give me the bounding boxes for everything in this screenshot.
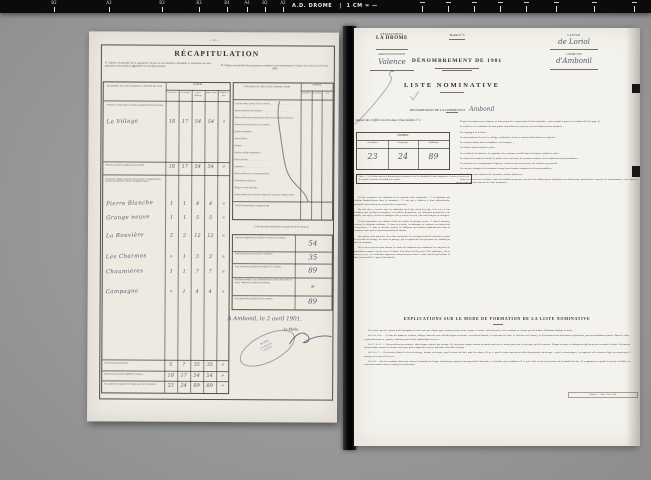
place-name: Les Charmes: [106, 253, 163, 261]
ruler-tick: [162, 7, 163, 12]
pencil-scrawl: [354, 68, 424, 128]
recap-row-label: Population agglomérée au chef-lieu ou bo…: [235, 237, 293, 240]
cell-value: 7: [204, 269, 217, 275]
rappel-value: 89: [418, 152, 449, 161]
place-name: Grange neuve: [106, 214, 163, 222]
ruler-tick: [109, 7, 110, 12]
instruction-paragraph: Les malades traités dans les hôpitaux et…: [456, 141, 637, 144]
cell-value: 35: [203, 362, 216, 368]
cell-value: 1: [165, 269, 178, 275]
cell-value: 1: [178, 201, 191, 207]
commune-name: d'Ambonil: [532, 57, 616, 65]
table-row: Le Village 18 17 54 54 »: [104, 118, 230, 131]
cell-value: 1: [178, 254, 191, 260]
archive-label: A.D. DROME | 1 CM = —: [292, 3, 378, 9]
recap-title: RÉCAPITULATION: [101, 48, 333, 58]
table-a-nombre: NOMBRE: [166, 84, 230, 87]
cell-value: 18: [166, 119, 179, 125]
left-page-recapitulation: — 4 — RÉCAPITULATION A. Tableau récapitu…: [87, 31, 339, 422]
ink-strike-curve: [233, 83, 333, 220]
film-tick: [500, 6, 501, 12]
cell-value: »: [165, 254, 178, 260]
cell-value: »: [165, 289, 178, 295]
ruler-tick-label: A2: [106, 0, 111, 5]
film-tick: [526, 6, 527, 12]
explication-paragraph: Col. 3, 4 et 5. — On procédera par maiso…: [364, 343, 630, 350]
table-row-total: Total général de la population comptée p…: [102, 382, 228, 393]
cell-value: 54: [203, 373, 216, 379]
table-row: Campagne » 1 4 4 »: [103, 288, 229, 301]
ruler-tick: [227, 7, 228, 12]
cell-value: 54: [191, 164, 204, 170]
right-page-liste-nominative: DÉPARTEMENT LA DROME ARRONDISSEMENT Vale…: [354, 28, 640, 446]
table-a-col: de maisons: [166, 92, 179, 101]
cell-value: 1: [178, 289, 191, 295]
intro-b: B. Tableau récapitulatif des populations…: [221, 64, 329, 71]
ruler-tick-label: B2: [51, 0, 56, 5]
instruction-paragraph: Les aliénés internés dans les asiles ;: [456, 146, 637, 149]
nota-box: Nota. — Les chiffres portés ci-dessus do…: [356, 174, 472, 184]
film-tick: [556, 6, 557, 12]
table-c-title: C. Récapitulation générale de la populat…: [232, 226, 331, 230]
scale-label: 1 CM = —: [346, 3, 377, 9]
table-a-rowhead: QUARTIERS, VILLAGES, HAMEAUX, SECTIONS D…: [105, 85, 165, 88]
cell-value: 54: [205, 119, 218, 125]
table-c-recap-generale: Population agglomérée au chef-lieu ou bo…: [232, 234, 333, 311]
place-name: Campagne: [106, 288, 163, 296]
cell-value: »: [218, 119, 231, 125]
instructions-right-column: D'après les règlements en vigueur, ne do…: [456, 120, 637, 186]
instructions-left-column: La liste nominative des habitants de la …: [354, 196, 450, 261]
ruler-tick: [265, 7, 266, 12]
total-label: Total de la population agglomérée au che…: [105, 164, 163, 167]
cell-value: »: [217, 289, 230, 295]
explications-title: EXPLICATIONS SUR LE MODE DE FORMATION DE…: [354, 316, 640, 321]
recap-row-value: 89: [295, 297, 331, 305]
cell-value: 1: [178, 215, 191, 221]
place-name: La Rouvière: [106, 232, 163, 240]
ruler-tick-label: B4: [224, 0, 229, 5]
instruction-paragraph: La liste nominative sera établie à l'aid…: [354, 220, 450, 233]
table-a-col: popul. municip.: [192, 92, 205, 101]
recap-row-label: Total général de la population de la com…: [235, 298, 293, 301]
cell-value: 17: [177, 373, 190, 379]
instruction-paragraph: On ne devra pas non plus inscrire les no…: [354, 246, 450, 259]
cell-value: »: [217, 269, 230, 275]
ruler-tick-label: A2: [280, 0, 285, 5]
model-number: Modèle n° 5: [377, 33, 537, 37]
instruction-paragraph: Les officiers et les militaires de tous …: [456, 125, 637, 128]
instruction-paragraph: Enfin les personnes en résidence dans de…: [456, 178, 637, 185]
cell-value: 1: [165, 215, 178, 221]
film-ruler-bar: B2 A2 B3 B3 B4 A4 B2 A2 A.D. DROME | 1 C…: [0, 0, 651, 13]
printer-credit: Valence. — Imp. Céas et Fils.: [568, 392, 638, 398]
ruler-tick-label: A4: [244, 0, 249, 5]
cell-value: 5: [164, 362, 177, 368]
instruction-paragraph: Les pensionnaires des lycées, collèges, …: [456, 136, 637, 139]
cell-value: 2: [178, 233, 191, 239]
film-tick: [448, 6, 449, 12]
film-notch: [632, 84, 640, 93]
cell-value: 3: [191, 254, 204, 260]
total-label: Total de la population éparse: [104, 362, 162, 365]
recap-row-value: 89: [295, 266, 331, 274]
canton-name: de Loriol: [532, 38, 616, 46]
instruction-paragraph: Les détenus des maisons d'arrêt, de just…: [456, 157, 637, 160]
film-tick: [594, 6, 595, 12]
recap-row-label: Total, formant la population municipale …: [235, 266, 293, 269]
table-a-population: QUARTIERS, VILLAGES, HAMEAUX, SECTIONS D…: [101, 81, 231, 394]
rappel-col: de maisons: [357, 142, 388, 145]
recap-row-value: 54: [295, 239, 331, 247]
instruction-paragraph: On doit donc y inscrire tous les individ…: [354, 208, 450, 218]
recap-row-value: 35: [295, 253, 331, 261]
cell-value: 35: [190, 362, 203, 368]
section-1-note: 1° Maisons et villas situées au chef-lie…: [106, 104, 164, 109]
cell-value: 5: [204, 215, 217, 221]
instruction-paragraph: Les membres des communautés religieuses,…: [456, 162, 637, 165]
cell-value: 18: [164, 373, 177, 379]
table-row: Les Charmes » 1 3 3 »: [103, 253, 229, 266]
cell-value: 7: [191, 269, 204, 275]
explication-paragraph: Col. 6 et 7. — On inscrira d'abord le ch…: [364, 351, 630, 358]
cell-value: »: [217, 201, 230, 207]
film-tick: [634, 6, 635, 12]
rappel-value: 24: [388, 152, 418, 161]
canton-label: CANTON: [532, 34, 616, 37]
total-label: Total général de la population comptée p…: [104, 383, 162, 386]
table-b-comptee-a-part: CATÉGORIES DE POPULATION COMPTÉE À PART …: [232, 82, 334, 221]
cell-value: 18: [165, 164, 178, 170]
department-name: LA DROME: [360, 36, 424, 41]
cell-value: 24: [177, 383, 190, 389]
cell-value: 4: [191, 201, 204, 207]
census-title: DÉNOMBREMENT DE 1901: [377, 58, 537, 64]
explication-paragraph: Il n'est fait, par tête, qu'une seule in…: [364, 329, 630, 332]
table-a-col: popul. totale: [205, 92, 218, 101]
cell-value: 1: [165, 201, 178, 207]
ruler-tick: [247, 7, 248, 12]
cell-value: 89: [190, 383, 203, 389]
mayor-signature: [287, 328, 333, 350]
cell-value: 3: [204, 254, 217, 260]
cell-value: »: [217, 254, 230, 260]
rappel-col: d'habitants: [418, 142, 449, 145]
cell-value: »: [217, 215, 230, 221]
recap-row-label: Population comptée à part, conformément …: [235, 279, 293, 284]
cell-value: 7: [177, 362, 190, 368]
film-tick: [422, 6, 423, 12]
table-a-col: comptée à part: [218, 92, 230, 101]
place-name: Chaumières: [106, 268, 163, 276]
cell-value: 4: [191, 289, 204, 295]
commune-handwritten: Ambonil: [469, 106, 494, 113]
recap-row-value: »: [295, 282, 331, 290]
cell-value: 4: [204, 201, 217, 207]
cell-value: 12: [204, 233, 217, 239]
cell-value: 54: [190, 373, 203, 379]
table-row: Pierre Blanche 1 1 4 4 »: [103, 200, 229, 213]
ruler-tick-label: B2: [262, 0, 267, 5]
table-row: La Rouvière 2 2 12 12 »: [103, 232, 229, 245]
table-a-col: de ménages: [179, 92, 192, 101]
cell-value: »: [217, 233, 230, 239]
instruction-paragraph: Les vieillards, les infirmes, les orphel…: [456, 152, 637, 155]
cell-value: »: [217, 164, 230, 170]
instruction-paragraph: On s'aidera, pour transcrire sur la list…: [354, 235, 450, 245]
film-tick: [474, 6, 475, 12]
instruction-paragraph: La liste nominative des habitants de la …: [354, 196, 450, 206]
explication-paragraph: Col. 1re et 2e. — L'ordre des quartiers,…: [364, 334, 630, 341]
explications-block: Il n'est fait, par tête, qu'une seule in…: [364, 329, 630, 368]
rappel-col: de ménages: [388, 142, 418, 145]
cell-value: 2: [165, 233, 178, 239]
cell-value: 23: [164, 383, 177, 389]
arrondissement-label: ARRONDISSEMENT: [360, 53, 424, 56]
instruction-paragraph: Les ouvriers étrangers à la commune occu…: [456, 167, 637, 170]
section-2-note: 2° Quartiers, villages, hameaux, maisons…: [105, 178, 163, 183]
cell-value: 4: [204, 289, 217, 295]
rappel-nombre: NOMBRE: [357, 134, 449, 137]
cell-value: 54: [204, 164, 217, 170]
rappel-table: NOMBRE de maisons de ménages d'habitants…: [356, 132, 450, 170]
intro-a: A. Tableau récapitulatif de la populatio…: [105, 61, 211, 68]
cell-value: 89: [203, 383, 216, 389]
microfilm-frame: B2 A2 B3 B3 B4 A4 B2 A2 A.D. DROME | 1 C…: [0, 0, 651, 480]
ruler-tick-label: B3: [159, 0, 164, 5]
cell-value: 12: [191, 233, 204, 239]
place-name: Le Village: [106, 118, 163, 126]
cell-value: 5: [191, 215, 204, 221]
explication-paragraph: Col. 10. — On fera connaître dans cette …: [364, 360, 630, 367]
instruction-paragraph: Les équipages de la flotte ;: [456, 131, 637, 134]
total-label: Reprise de la population agglomérée ci-d…: [104, 373, 162, 376]
table-row: Chaumières 1 1 7 7 »: [103, 268, 229, 281]
place-name: Pierre Blanche: [106, 200, 163, 208]
table-row: Grange neuve 1 1 5 5 »: [103, 214, 229, 227]
ruler-tick-label: B3: [196, 0, 201, 5]
archive-name: A.D. DROME: [292, 3, 332, 9]
cell-value: »: [216, 362, 229, 368]
cell-value: 1: [178, 269, 191, 275]
place-date-line: A Ambonil, le 2 avril 1901.: [228, 316, 338, 323]
instruction-paragraph: D'après les règlements en vigueur, ne do…: [456, 120, 637, 123]
ruler-tick: [283, 7, 284, 12]
ruler-tick: [54, 7, 55, 12]
commune-label: COMMUNE: [532, 53, 616, 56]
page-number: — 4 —: [89, 37, 339, 42]
cell-value: »: [216, 383, 229, 389]
rappel-value: 23: [357, 152, 388, 161]
cell-value: 17: [178, 164, 191, 170]
cell-value: 54: [192, 119, 205, 125]
ruler-tick: [199, 7, 200, 12]
cell-value: »: [216, 373, 229, 379]
cell-value: 17: [179, 119, 192, 125]
recap-row-label: Population éparse (le restant de la comm…: [235, 253, 293, 256]
instruction-paragraph: Les individus sans domicile fixe (nomade…: [456, 173, 637, 176]
